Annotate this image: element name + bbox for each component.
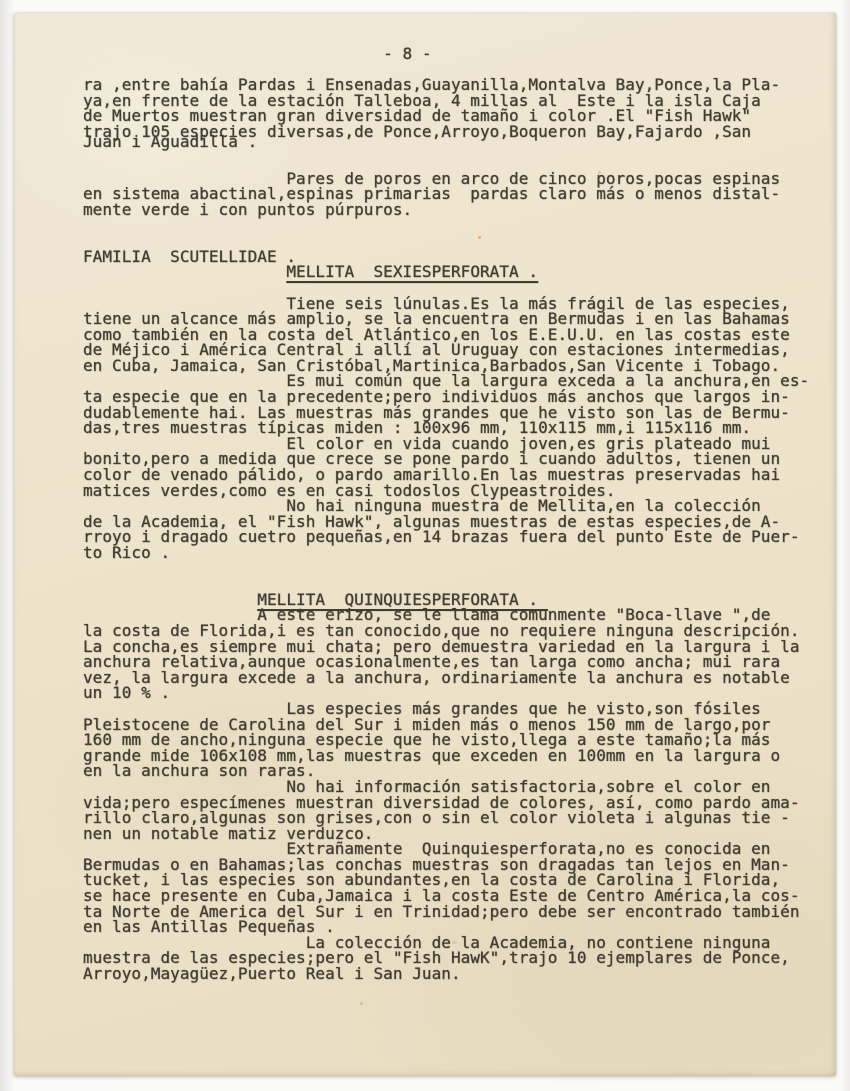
- text-line: [83, 561, 836, 577]
- text-line: mente verde i con puntos púrpuros.: [83, 202, 836, 218]
- scan-background: - 8 - ra ,entre bahía Pardas i Ensenadas…: [0, 0, 850, 1091]
- text-line: rroyo i dragado cuetro pequeñas,en 14 br…: [83, 529, 836, 545]
- paper-sheet: - 8 - ra ,entre bahía Pardas i Ensenadas…: [14, 13, 836, 1076]
- page-number: - 8 -: [83, 46, 836, 62]
- text-line: Arroyo,Mayagüez,Puerto Real i San Juan.: [83, 966, 836, 982]
- paper-stain: [478, 236, 481, 239]
- indent-spaces: [83, 262, 286, 281]
- paper-stain: [360, 1002, 363, 1005]
- underlined-heading-text: MELLITA SEXIESPERFORATA .: [286, 262, 538, 281]
- paper-stain: [598, 171, 601, 174]
- text-line: vez, la largura excede a la anchura, ord…: [83, 670, 836, 686]
- species-heading: MELLITA SEXIESPERFORATA .: [83, 264, 836, 280]
- text-line: Juan i Aguadilla .: [83, 134, 836, 150]
- typewritten-text-block: - 8 - ra ,entre bahía Pardas i Ensenadas…: [83, 46, 836, 982]
- paper-stain: [452, 941, 458, 944]
- text-line: to Rico .: [83, 545, 836, 561]
- text-line: [83, 218, 836, 234]
